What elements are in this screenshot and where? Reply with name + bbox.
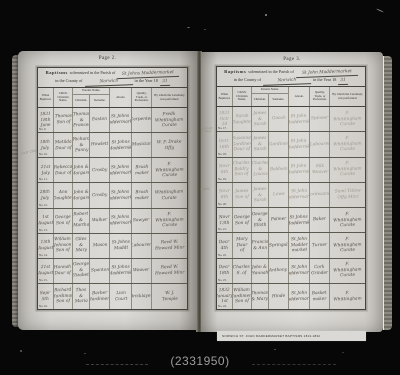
- col-when-baptized: When Baptized.: [217, 87, 233, 106]
- cell-min: F. Whittingham: [330, 284, 365, 309]
- col-parent-christian: Christian.: [73, 95, 90, 107]
- cell-trade: Bricklayer: [132, 284, 152, 309]
- cell-ps: Mason: [90, 234, 110, 258]
- cell-pc: George & Elizth: [252, 208, 269, 232]
- cell-ps: Walker: [90, 209, 110, 233]
- cell-when: Novr 6thNo. 20.: [217, 183, 233, 207]
- cell-trade: Weaver: [132, 259, 152, 283]
- cell-child: Richard Hardiman Son of: [54, 284, 73, 309]
- table-row: Novr 13thNo. 21.George Son ofGeorge & El…: [217, 208, 365, 233]
- cell-when: 18th JulyNo. 10.: [38, 133, 54, 157]
- cell-abode: St Johns Maddermkt: [110, 133, 132, 157]
- cell-trade: Sawyer: [132, 209, 152, 233]
- baptism-table-right: Baptisms solemnized in the Parish of St …: [216, 66, 366, 310]
- cell-abode: St John Maddermkt: [289, 107, 311, 131]
- col-childs-name: Child's Christian Name.: [233, 87, 252, 106]
- cell-when: 1831 18th JuneNo. 9.: [38, 108, 54, 132]
- entry-number: No. 10.: [39, 152, 48, 156]
- cell-min: F. Whittingham Curate: [330, 233, 365, 257]
- entry-number: No. 23.: [218, 278, 227, 282]
- cell-pc: Thos & Maria: [73, 284, 90, 309]
- cell-min: W. F. Drake Offg: [152, 133, 187, 157]
- cell-trade: Labourer: [310, 132, 330, 156]
- cell-trade: Silk Weaver: [310, 158, 330, 182]
- cell-child: Rebecca Daur of: [54, 158, 73, 182]
- cell-abode: Lion Court: [110, 284, 132, 309]
- cell-child: Charles S. of: [233, 259, 252, 283]
- cell-trade: Basket maker: [310, 284, 330, 309]
- dust-speck: [265, 14, 267, 16]
- cell-child: Thomas Son of: [54, 108, 73, 132]
- col-childs-name: Child's Christian Name.: [54, 88, 73, 107]
- cell-child: Hannah Daur of: [54, 259, 73, 283]
- entry-number: No. 17.: [218, 126, 227, 130]
- cell-trade: Spinner: [310, 107, 330, 131]
- cell-child: William Hardiment Son of: [233, 284, 252, 309]
- cell-min: F. Whittingham Curate: [330, 158, 365, 182]
- cell-pc: James & Sarah: [252, 132, 269, 156]
- county-label: in the County of: [55, 78, 82, 83]
- entry-number: No. 12.: [39, 203, 48, 207]
- table-row: 1831 Octr 2dNo. 17.Sarah DaughterJames &…: [217, 107, 365, 132]
- cell-when: 1832 January 1stNo. 24.: [217, 284, 233, 309]
- entry-number: No. 11.: [39, 177, 47, 181]
- dust-speck: [187, 27, 190, 28]
- cell-when: 1831 Octr 2dNo. 17.: [217, 107, 233, 131]
- col-quality-trade: Quality, Trade, or Profession.: [132, 88, 152, 107]
- register-title: Baptisms: [46, 70, 68, 75]
- table-row: Novr 6thNo. 20.James Son ofJames & Sarah…: [217, 183, 365, 208]
- entry-number: No. 19.: [218, 177, 227, 181]
- table-row: 21st AugustNo. 15.Hannah Daur ofGeorge &…: [38, 259, 187, 284]
- entry-number: No. 14.: [39, 253, 48, 257]
- cell-when: 28th JulyNo. 12.: [38, 183, 54, 207]
- table-row: Octr 16thNo. 18.Susanna Gardiner Daur of…: [217, 132, 365, 157]
- column-headers-right: When Baptized. Child's Christian Name. P…: [217, 87, 365, 107]
- table-row: 1832 January 1stNo. 24.William Hardiment…: [217, 284, 365, 309]
- cell-child: Charles Baldry Son of: [233, 158, 252, 182]
- register-header-right: Baptisms solemnized in the Parish of St …: [217, 67, 365, 87]
- cell-ps: Gardiner: [269, 132, 289, 156]
- cell-min: Saml Titlow Offg Minr: [330, 183, 365, 207]
- county-name-handwritten: Norwich: [263, 77, 311, 85]
- cell-pc: John & Margaret: [73, 158, 90, 182]
- cell-trade: Cork Grinder: [310, 259, 330, 283]
- cell-min: F. Whittingham Curate: [152, 209, 187, 233]
- microfilm-frame: Page 2. Baptisms solemnized in the Paris…: [0, 0, 400, 375]
- header-line1: solemnized in the Parish of: [248, 69, 294, 74]
- table-row: 1831 18th JuneNo. 9.Thomas Son ofThomas …: [38, 108, 187, 133]
- table-row: 1st AugustNo. 13.George Son ofRobert & M…: [38, 209, 187, 234]
- cell-when: 1st AugustNo. 13.: [38, 209, 54, 233]
- county-label: in the County of: [234, 77, 261, 82]
- register-page-left: Page 2. Baptisms solemnized in the Paris…: [18, 51, 197, 330]
- cell-abode: St Johns Maddermarket: [110, 209, 132, 233]
- cell-ps: Springall: [269, 233, 289, 257]
- cell-pc: James & Sarah: [252, 183, 269, 207]
- dust-speck: [20, 350, 22, 352]
- register-title: Baptisms: [224, 69, 246, 74]
- entry-number: No. 15.: [39, 278, 48, 282]
- entry-number: No. 22.: [218, 253, 227, 257]
- cell-ps: Anthony: [269, 259, 289, 283]
- cell-ps: Spanton: [90, 259, 110, 283]
- dust-speck: [274, 349, 276, 350]
- cell-ps: Hinde: [269, 284, 289, 309]
- cell-trade: Baker: [310, 208, 330, 232]
- year-label: in the Year 18: [135, 78, 158, 83]
- cell-when: 21st AugustNo. 15.: [38, 259, 54, 283]
- cell-child: James Son of: [233, 183, 252, 207]
- col-by-whom: By whom the Ceremony was performed.: [330, 87, 365, 106]
- film-frame-number: (2331950): [0, 354, 400, 368]
- cell-trade: Carpenter: [132, 108, 152, 132]
- cell-child: George Son of: [233, 208, 252, 232]
- cell-ps: Palmer: [269, 208, 289, 232]
- cell-ps: Howlett: [90, 133, 110, 157]
- cell-child: Sarah Daughter: [233, 107, 252, 131]
- cell-min: Revd W. Howard Minr: [152, 234, 187, 258]
- entry-number: No. 20.: [218, 202, 227, 206]
- table-row: 18th JulyNo. 10.Matilda Daur ofRichard &…: [38, 133, 187, 158]
- cell-min: F. Whittingham Curate: [330, 107, 365, 131]
- col-parents-name: Parents Name. Christian. Surname.: [73, 88, 110, 107]
- cell-ps: Baldwin: [269, 158, 289, 182]
- cell-abode: St John Maddermarket: [289, 284, 311, 309]
- cell-child: Susanna Gardiner Daur of: [233, 132, 252, 156]
- cell-min: F. Whittingham Curate: [330, 259, 365, 283]
- cell-pc: Charles & Louisa: [252, 158, 269, 182]
- archive-label-strip: NORWICH ST. JOHN MADDERMARKET BAPTISMS 1…: [217, 331, 366, 341]
- cell-abode: St Johns Maddt: [110, 234, 132, 258]
- margin-note: see note in Regr: [201, 127, 214, 135]
- page-number-right: Page 3.: [201, 57, 383, 62]
- cell-abode: St Johns Maddermarket: [110, 183, 132, 207]
- year-handwritten: 31: [160, 78, 170, 85]
- cell-abode: St Johns Maddermkt: [289, 208, 311, 232]
- entry-number: No. 16.: [39, 304, 48, 308]
- entry-number: No. 21.: [218, 227, 227, 231]
- cell-pc: Francis & Ann: [252, 233, 269, 257]
- entry-number: No. 13.: [39, 228, 48, 232]
- cell-when: 15th AugustNo. 14.: [38, 234, 54, 258]
- register-rows-right: 1831 Octr 2dNo. 17.Sarah DaughterJames &…: [217, 107, 365, 309]
- col-parent-christian: Christian.: [252, 94, 269, 106]
- col-when-baptized: When Baptized.: [38, 88, 54, 107]
- entry-number: No. 9.: [39, 127, 46, 131]
- entry-number: No. 18.: [218, 152, 227, 156]
- cell-when: Sepr 5thNo. 16.: [38, 284, 54, 309]
- cell-abode: St John Maddermkt: [289, 158, 311, 182]
- cell-child: Ann Daughter: [54, 183, 73, 207]
- cell-when: Decr 4thNo. 22.: [217, 233, 233, 257]
- cell-min: F. Whittingham Curate: [152, 158, 187, 182]
- page-number-left: Page 2.: [18, 56, 197, 61]
- cell-pc: George & Elizabeth: [73, 259, 90, 283]
- cell-when: Novr 13thNo. 21.: [217, 208, 233, 232]
- cell-abode: St Johns Maddermarket: [110, 158, 132, 182]
- register-header-left: Baptisms solemnized in the Parish of St …: [38, 68, 187, 88]
- table-row: 15th AugustNo. 14.William Johnson Son of…: [38, 234, 187, 259]
- dust-speck: [376, 8, 384, 12]
- baptism-table-left: Baptisms solemnized in the Parish of St …: [37, 67, 188, 310]
- cell-min: F. Whittingham Curate: [330, 208, 365, 232]
- cell-trade: Labourer: [132, 234, 152, 258]
- year-handwritten: 31: [338, 77, 348, 84]
- cell-ps: Gooch: [269, 107, 289, 131]
- cell-trade: Turner: [310, 233, 330, 257]
- register-page-right: Page 3. Baptisms solemnized in the Paris…: [201, 52, 383, 332]
- cell-min: Fredk Whittingham Curate: [152, 108, 187, 132]
- cell-ps: Barber Hardiment: [90, 284, 110, 309]
- column-headers-left: When Baptized. Child's Christian Name. P…: [38, 88, 187, 108]
- cell-when: Novr 6thNo. 19.: [217, 158, 233, 182]
- cell-abode: St Johns Maddermkt: [110, 259, 132, 283]
- cell-pc: Robert & Martha: [73, 209, 90, 233]
- cell-ps: Lowe: [269, 183, 289, 207]
- cell-pc: James & Sarah: [252, 107, 269, 131]
- col-parent-surname: Surname.: [90, 95, 109, 107]
- table-row: 28th JulyNo. 12.Ann DaughterJohn & Marga…: [38, 183, 187, 208]
- col-by-whom: By whom the Ceremony was performed.: [152, 88, 187, 107]
- cell-ps: Easton: [90, 108, 110, 132]
- entry-number: No. 24.: [218, 304, 227, 308]
- register-rows-left: 1831 18th JuneNo. 9.Thomas Son ofThomas …: [38, 108, 187, 309]
- cell-abode: St John Maddermarket: [289, 259, 311, 283]
- cell-abode: St John Maddermarket: [289, 183, 311, 207]
- table-row: Decr 4thNo. 22.Mary Daur ofFrancis & Ann…: [217, 233, 365, 258]
- cell-min: Whittingham Curate: [152, 183, 187, 207]
- cell-min: W. J. Temple: [152, 284, 187, 309]
- cell-min: F. Whittingham Curate: [330, 132, 365, 156]
- cell-child: Mary Daur of: [233, 233, 252, 257]
- cell-pc: Richard & Fanny: [73, 133, 90, 157]
- col-abode: Abode.: [289, 87, 311, 106]
- cell-trade: Cordwainer: [310, 183, 330, 207]
- table-row: Novr 6thNo. 19.Charles Baldry Son ofChar…: [217, 158, 365, 183]
- cell-child: Matilda Daur of: [54, 133, 73, 157]
- cell-when: 21st JulyNo. 11.: [38, 158, 54, 182]
- cell-pc: Giles & Mary: [73, 234, 90, 258]
- col-quality-trade: Quality, Trade, or Profession.: [310, 87, 330, 106]
- cell-abode: St Johns Maddermarket: [110, 108, 132, 132]
- cell-child: William Johnson Son of: [54, 234, 73, 258]
- table-row: 21st JulyNo. 11.Rebecca Daur ofJohn & Ma…: [38, 158, 187, 183]
- cell-ps: Crosby: [90, 158, 110, 182]
- cell-abode: St John Maddermkt: [289, 132, 311, 156]
- col-parent-surname: Surname.: [269, 94, 288, 106]
- year-label: in the Year 18: [313, 77, 336, 82]
- cell-pc: John & Margaret: [73, 183, 90, 207]
- cell-when: Decr 18thNo. 23.: [217, 259, 233, 283]
- cell-when: Octr 16thNo. 18.: [217, 132, 233, 156]
- cell-trade: Brush maker: [132, 183, 152, 207]
- cell-min: Revd W. Howard Minr: [152, 259, 187, 283]
- cell-pc: John & Hannah: [252, 259, 269, 283]
- cell-abode: St John Madder market: [289, 233, 311, 257]
- table-row: Sepr 5thNo. 16.Richard Hardiman Son ofTh…: [38, 284, 187, 309]
- col-abode: Abode.: [110, 88, 132, 107]
- cell-child: George Son of: [54, 209, 73, 233]
- header-line1: solemnized in the Parish of: [70, 70, 116, 75]
- table-row: Decr 18thNo. 23.Charles S. ofJohn & Hann…: [217, 259, 365, 284]
- cell-pc: Thomas & Frances: [73, 108, 90, 132]
- cell-pc: Thomas & Mary: [252, 284, 269, 309]
- dust-speck: [204, 29, 206, 30]
- cell-trade: Brush maker: [132, 158, 152, 182]
- dust-speck: [342, 352, 344, 353]
- col-parents-name: Parents Name. Christian. Surname.: [252, 87, 289, 106]
- cell-trade: Musician: [132, 133, 152, 157]
- county-name-handwritten: Norwich: [84, 78, 132, 86]
- book-right-page-edges: [383, 56, 392, 330]
- cell-ps: Crosby: [90, 183, 110, 207]
